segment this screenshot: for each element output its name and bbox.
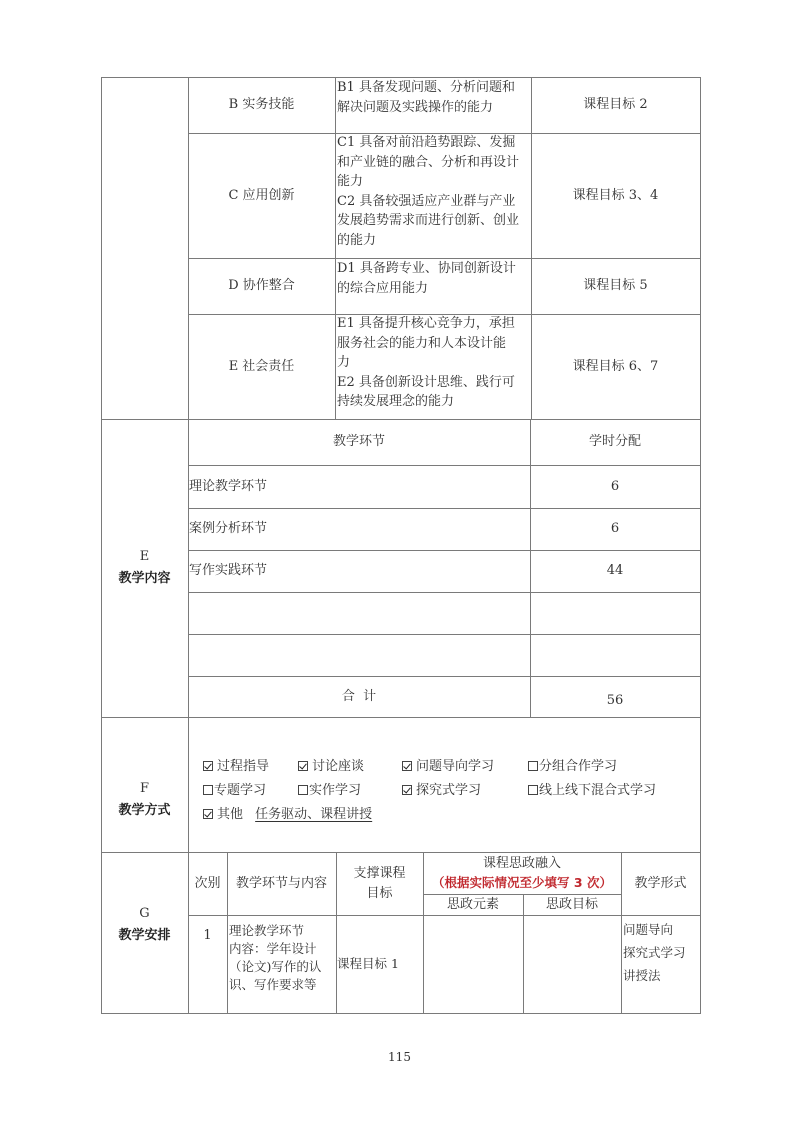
- schedule-row-content: 理论教学环节 内容：学年设计 （论文)写作的认 识、写作要求等: [227, 922, 336, 994]
- method-option-problem-based[interactable]: 问题导向学习: [402, 757, 494, 777]
- checkbox-checked-icon[interactable]: [203, 809, 213, 819]
- content-row-stage: 案例分析环节: [189, 508, 530, 550]
- ability-description: E1 具备提升核心竞争力，承担 服务社会的能力和人本设计能 力 E2 具备创新设…: [335, 314, 531, 412]
- page-number: 115: [0, 1050, 799, 1064]
- section-label: E 教学内容: [101, 419, 188, 717]
- method-label: 分组合作学习: [539, 759, 617, 774]
- section-letter: E: [140, 546, 150, 568]
- checkbox-checked-icon[interactable]: [402, 761, 412, 771]
- method-option-other[interactable]: 其他 任务驱动、课程讲授: [203, 805, 372, 825]
- method-label: 专题学习: [214, 783, 266, 798]
- section-title: 教学内容: [118, 568, 170, 590]
- ability-description: C1 具备对前沿趋势跟踪、发掘 和产业链的融合、分析和再设计 能力 C2 具备较…: [335, 133, 531, 250]
- content-total-label: 合 计: [188, 676, 530, 717]
- checkbox-unchecked-icon[interactable]: [528, 785, 538, 795]
- schedule-row-element: [423, 915, 523, 1013]
- method-option-blended-learning[interactable]: 线上线下混合式学习: [528, 781, 656, 801]
- section-letter: F: [140, 778, 149, 800]
- ideology-title: 课程思政融入: [483, 854, 561, 873]
- section-label: F 教学方式: [101, 760, 188, 840]
- content-header-hours: 学时分配: [530, 419, 700, 465]
- table-border-bottom: [101, 1013, 701, 1014]
- ability-target: 课程目标 2: [531, 77, 700, 133]
- ability-label: B 实务技能: [188, 77, 335, 133]
- checkbox-unchecked-icon[interactable]: [528, 761, 538, 771]
- content-row-stage: [189, 634, 530, 676]
- section-label: G 教学安排: [101, 895, 188, 955]
- method-label: 过程指导: [217, 759, 269, 774]
- checkbox-checked-icon[interactable]: [298, 761, 308, 771]
- checkbox-unchecked-icon[interactable]: [298, 785, 308, 795]
- method-label: 探究式学习: [416, 783, 481, 798]
- section-title: 教学方式: [118, 800, 170, 822]
- content-row-stage: 写作实践环节: [189, 550, 530, 592]
- ability-description: B1 具备发现问题、分析问题和 解决问题及实践操作的能力: [335, 78, 531, 117]
- section-title: 教学安排: [118, 925, 170, 947]
- schedule-header-form: 教学形式: [621, 852, 700, 915]
- content-total-hours: 56: [530, 680, 700, 721]
- content-row-hours: [530, 634, 700, 676]
- content-header-stage: 教学环节: [188, 419, 530, 465]
- method-label: 讨论座谈: [312, 759, 364, 774]
- method-label: 实作学习: [309, 783, 361, 798]
- method-option-inquiry-study[interactable]: 探究式学习: [402, 781, 481, 801]
- method-other-value[interactable]: 任务驱动、课程讲授: [255, 807, 372, 822]
- method-label: 其他: [217, 807, 243, 822]
- section-letter: G: [139, 903, 149, 925]
- method-label: 问题导向学习: [416, 759, 494, 774]
- method-label: 线上线下混合式学习: [539, 783, 656, 798]
- ideology-note: （根据实际情况至少填写 3 次）: [432, 873, 612, 892]
- method-option-discussion[interactable]: 讨论座谈: [298, 757, 364, 777]
- method-option-practice-study[interactable]: 实作学习: [298, 781, 361, 801]
- table-border-right: [700, 77, 701, 1014]
- schedule-row-index: 1: [188, 928, 227, 943]
- ability-target: 课程目标 6、7: [531, 314, 700, 419]
- schedule-row-form: 问题导向 探究式学习 讲授法: [621, 918, 700, 987]
- content-row-hours: 44: [530, 550, 700, 592]
- ability-label: D 协作整合: [188, 258, 335, 314]
- ability-label: C 应用创新: [188, 133, 335, 258]
- checkbox-unchecked-icon[interactable]: [203, 785, 213, 795]
- schedule-header-index: 次别: [188, 852, 227, 915]
- schedule-header-target: 支撑课程 目标: [336, 852, 423, 915]
- ability-description: D1 具备跨专业、协同创新设计 的综合应用能力: [335, 259, 531, 298]
- schedule-row-goal: [523, 915, 621, 1013]
- method-option-process-guidance[interactable]: 过程指导: [203, 757, 269, 777]
- ability-target: 课程目标 3、4: [531, 133, 700, 258]
- checkbox-checked-icon[interactable]: [402, 785, 412, 795]
- method-option-topic-study[interactable]: 专题学习: [203, 781, 266, 801]
- schedule-header-content: 教学环节与内容: [227, 852, 336, 915]
- content-row-stage: [189, 592, 530, 634]
- schedule-header-goal: 思政目标: [523, 894, 621, 915]
- ability-label: E 社会责任: [188, 314, 335, 419]
- schedule-header-ideology: 课程思政融入 （根据实际情况至少填写 3 次）: [423, 852, 621, 894]
- schedule-header-element: 思政元素: [423, 894, 523, 915]
- content-row-hours: [530, 592, 700, 634]
- ability-target: 课程目标 5: [531, 258, 700, 314]
- content-row-hours: 6: [530, 465, 700, 508]
- schedule-row-target: 课程目标 1: [337, 915, 423, 1013]
- checkbox-checked-icon[interactable]: [203, 761, 213, 771]
- method-option-group-cooperation[interactable]: 分组合作学习: [528, 757, 617, 777]
- content-row-stage: 理论教学环节: [189, 465, 530, 508]
- content-row-hours: 6: [530, 508, 700, 550]
